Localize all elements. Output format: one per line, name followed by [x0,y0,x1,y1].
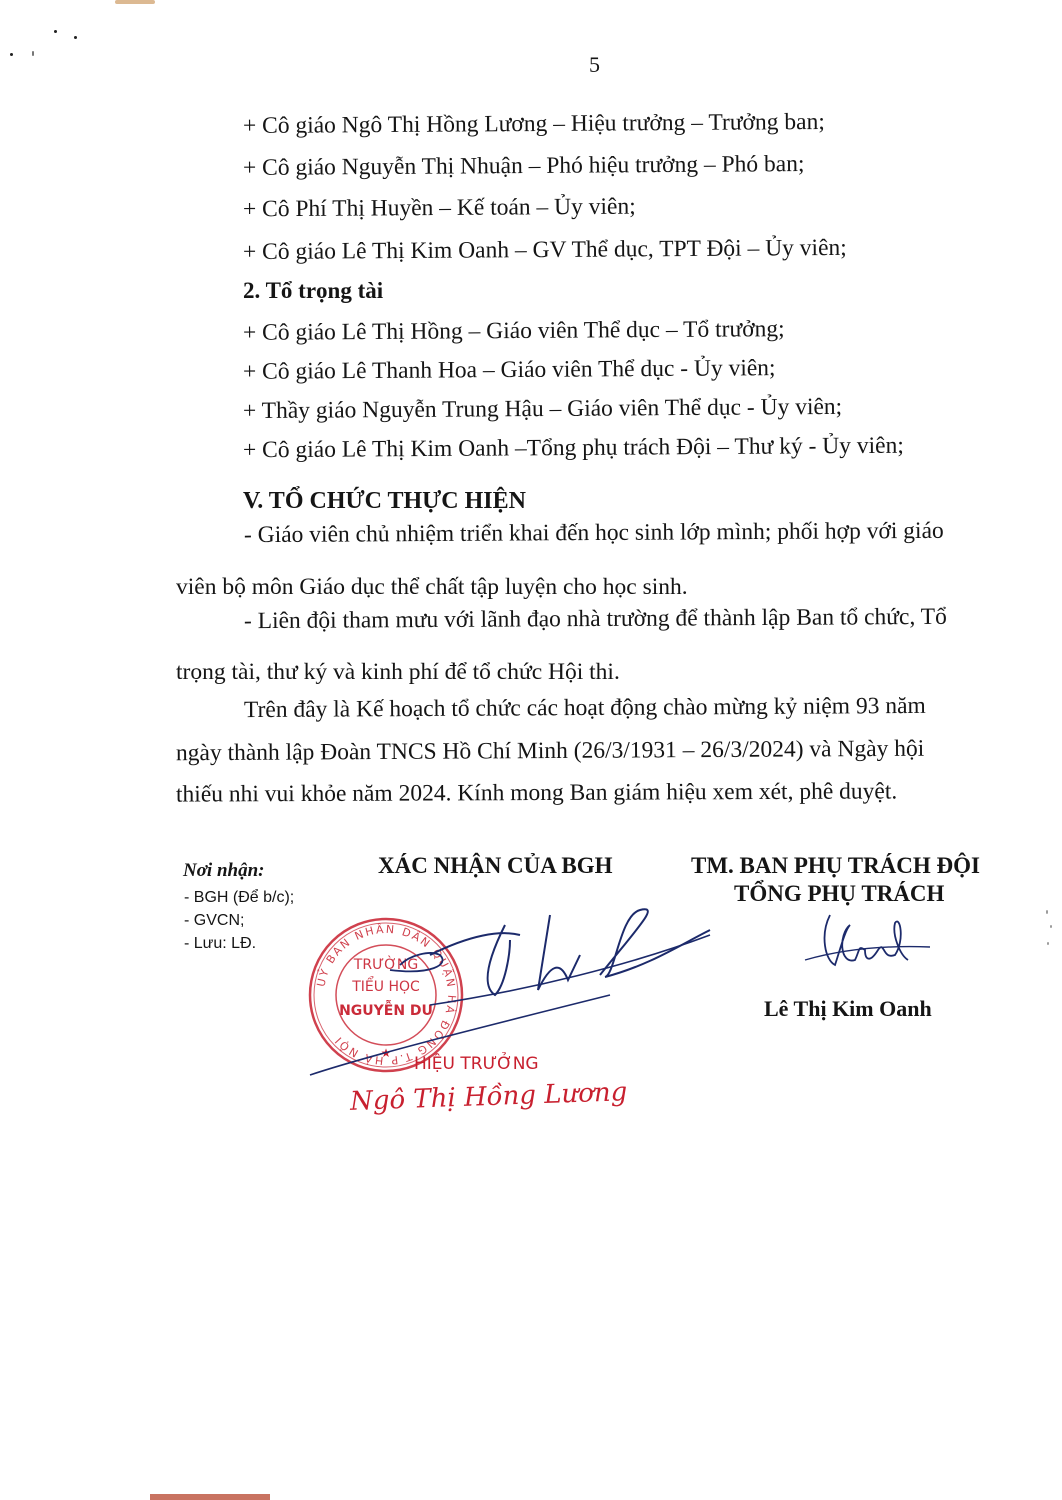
implementation-paragraph: trọng tài, thư ký và kinh phí để tổ chức… [176,659,620,686]
principal-position: HIỆU TRƯỞNG [414,1054,539,1074]
scan-artifact-bottom [150,1494,270,1500]
scan-speck [10,53,13,56]
referee-item: + Cô giáo Lê Thị Kim Oanh –Tổng phụ trác… [243,433,904,465]
section-heading-implementation: V. TỔ CHỨC THỰC HIỆN [243,488,526,515]
recipients-title: Nơi nhận: [183,860,264,882]
closing-paragraph: Trên đây là Kế hoạch tổ chức các hoạt độ… [244,693,926,724]
page-number: 5 [589,52,600,78]
recipient-item: - Lưu: LĐ. [184,935,256,953]
closing-paragraph: thiếu nhi vui khỏe năm 2024. Kính mong B… [176,778,897,808]
referee-item: + Cô giáo Lê Thanh Hoa – Giáo viên Thể d… [243,355,776,386]
implementation-paragraph: - Giáo viên chủ nhiệm triển khai đến học… [244,518,944,549]
referee-item: + Cô giáo Lê Thị Hồng – Giáo viên Thể dụ… [243,316,785,347]
implementation-paragraph: viên bộ môn Giáo dục thể chất tập luyện … [176,574,688,601]
team-leader-signature-icon [800,895,960,985]
scan-artifact-top [115,0,155,4]
recipient-item: - BGH (Để b/c); [184,889,294,907]
svg-text:TRƯỜNG: TRƯỜNG [353,955,418,973]
scan-speck [1050,925,1052,928]
committee-item: + Cô giáo Ngô Thị Hồng Lương – Hiệu trưở… [243,109,825,140]
recipient-item: - GVCN; [184,912,244,930]
committee-item: + Cô giáo Lê Thị Kim Oanh – GV Thể dục, … [243,235,847,266]
approval-title: XÁC NHẬN CỦA BGH [378,853,612,879]
closing-paragraph: ngày thành lập Đoàn TNCS Hồ Chí Minh (26… [176,736,924,768]
scan-speck [32,51,34,56]
scan-speck [54,30,57,33]
team-leader-name: Lê Thị Kim Oanh [764,996,932,1022]
section-heading-referee: 2. Tổ trọng tài [243,278,383,304]
scan-speck [74,36,77,39]
team-leader-title: TM. BAN PHỤ TRÁCH ĐỘI [691,853,980,879]
principal-name: Ngô Thị Hồng Lương [350,1077,628,1117]
scan-speck [1046,910,1048,914]
implementation-paragraph: - Liên đội tham mưu với lãnh đạo nhà trư… [244,604,947,635]
committee-item: + Cô giáo Nguyễn Thị Nhuận – Phó hiệu tr… [243,151,805,182]
referee-item: + Thầy giáo Nguyễn Trung Hậu – Giáo viên… [243,394,842,425]
scan-speck [1047,942,1049,945]
committee-item: + Cô Phí Thị Huyền – Kế toán – Ủy viên; [243,194,636,224]
